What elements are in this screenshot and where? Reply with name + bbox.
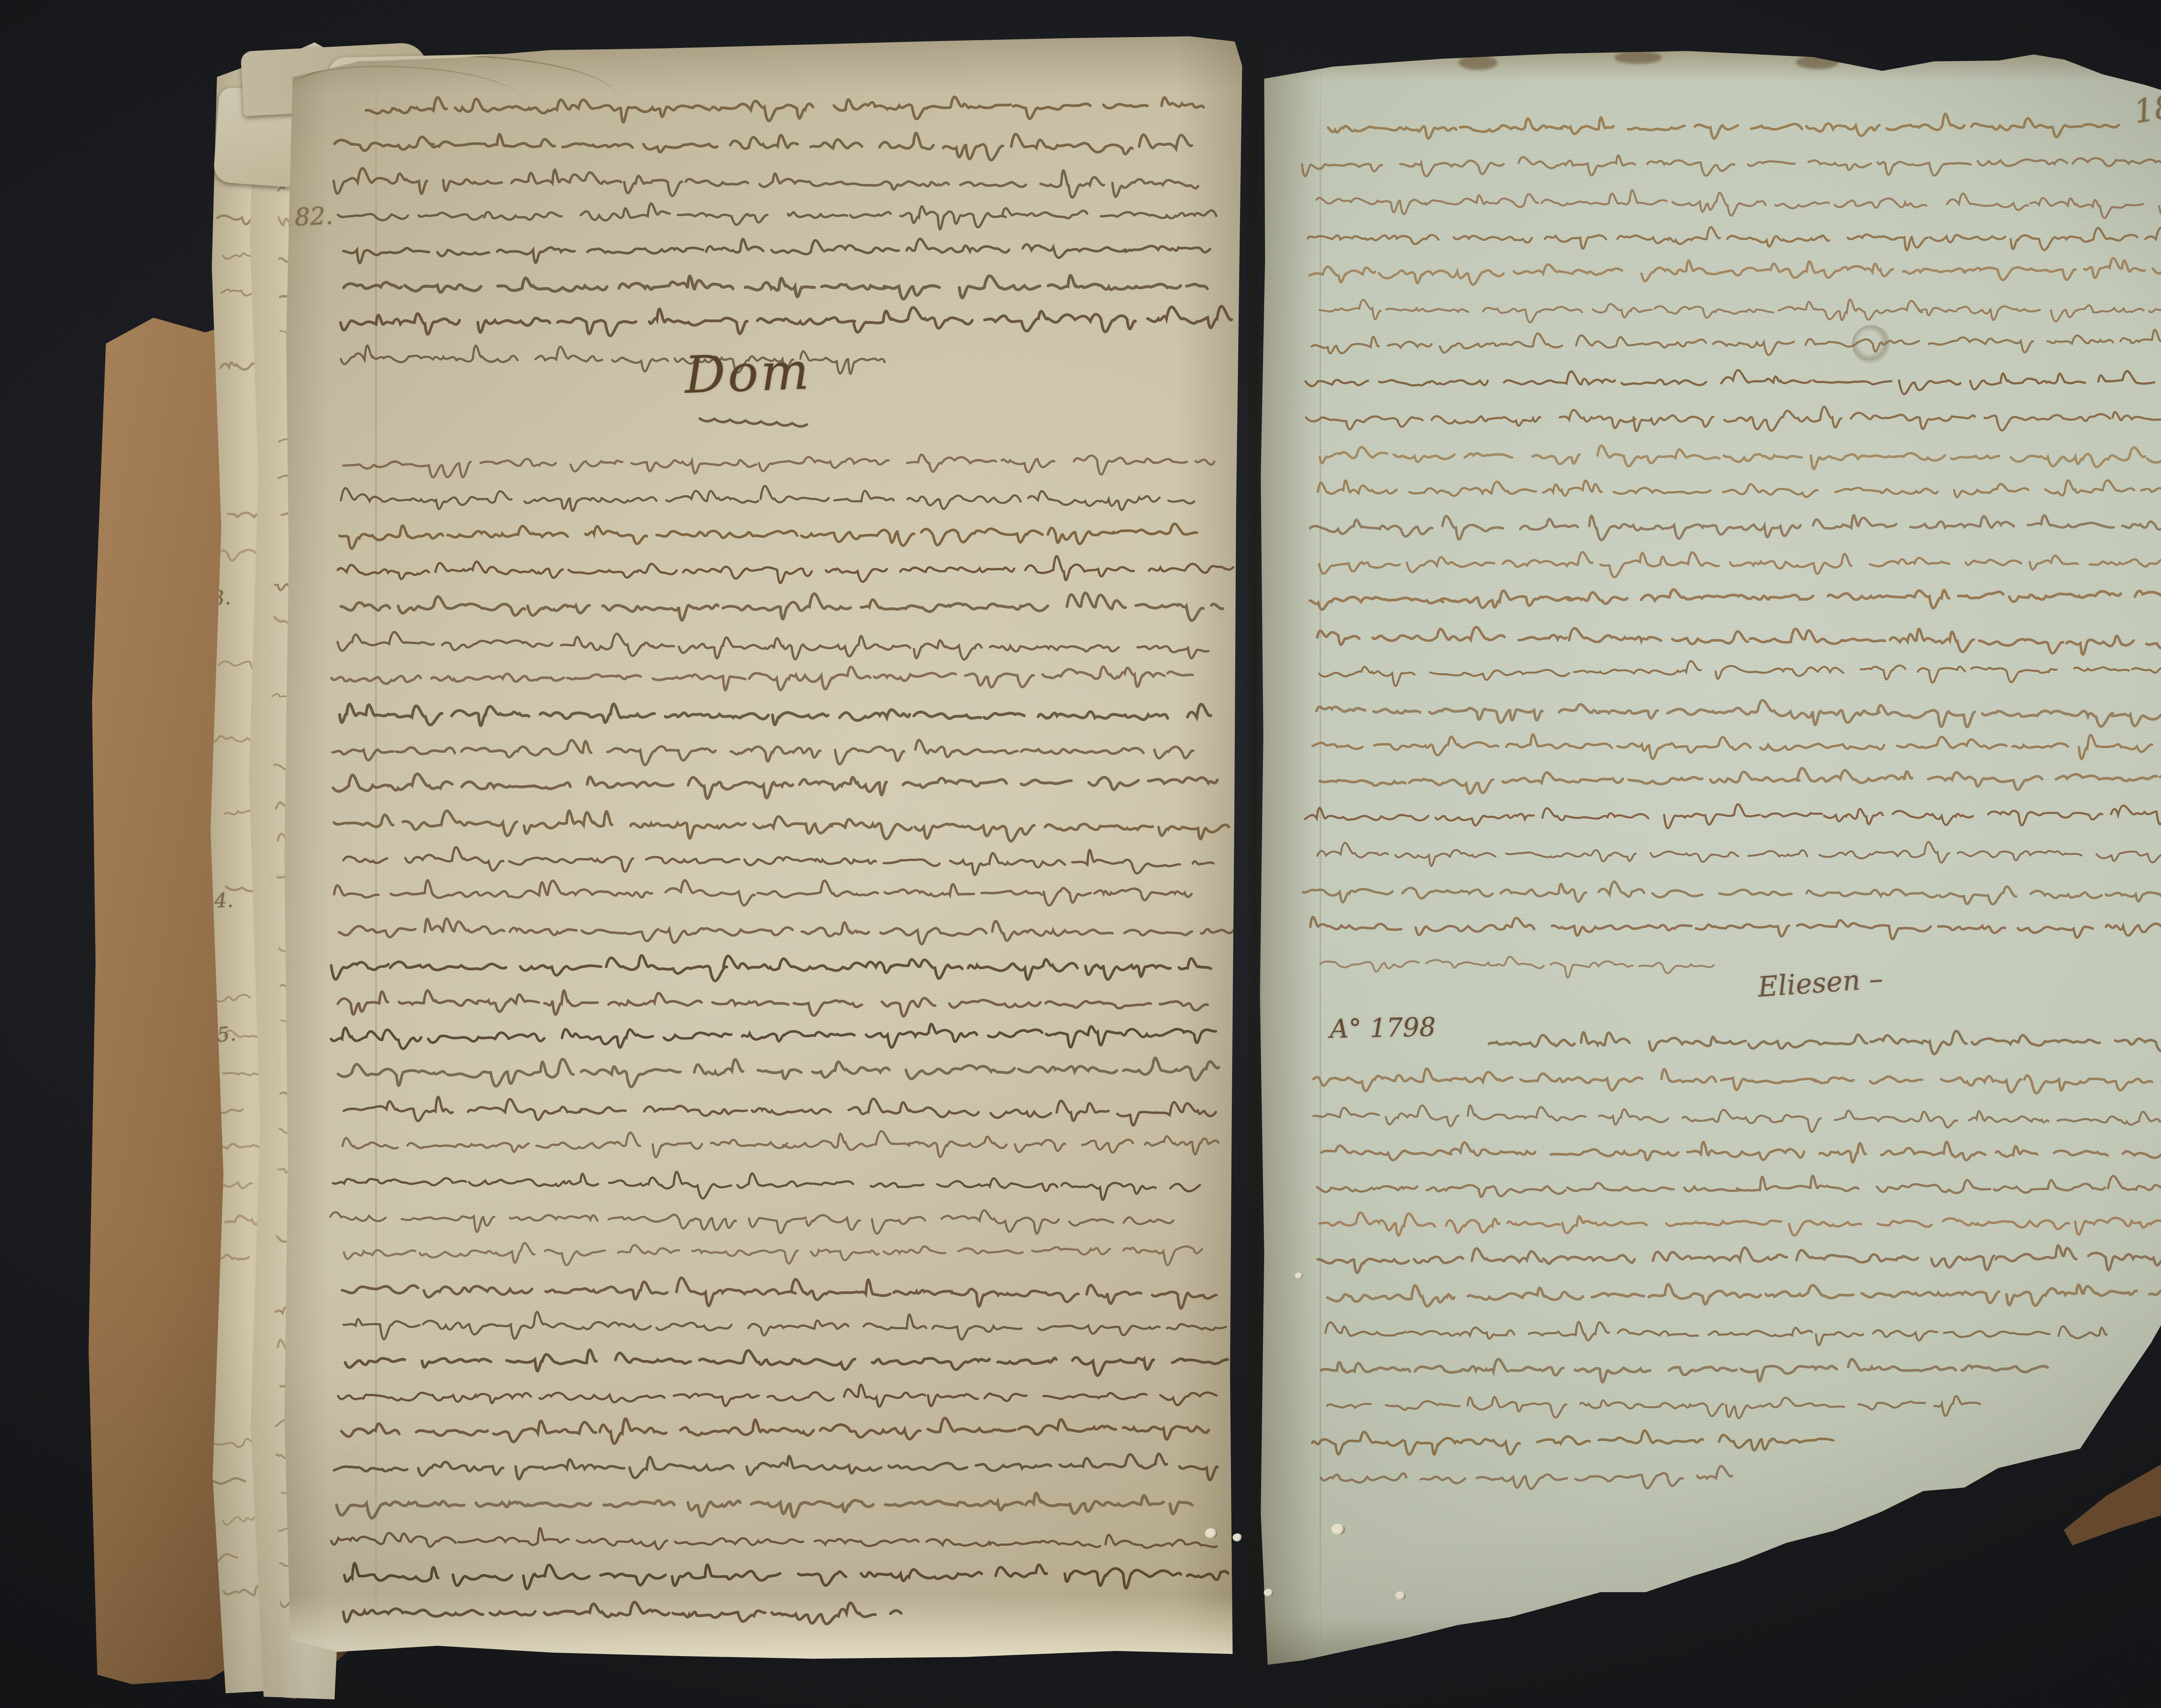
left-page: 182. Dom <box>273 35 1246 1660</box>
page-crease <box>375 35 377 1660</box>
worm-damage-top-edge <box>1796 55 1839 69</box>
worm-damage-top-edge <box>1614 51 1662 64</box>
handwriting-right-page <box>1256 44 1385 109</box>
signature-eliesen: Eliesen – <box>1757 963 1884 1004</box>
worm-hole <box>1205 1528 1217 1539</box>
right-page: 183 Eliesen – A° 1798 <box>1256 44 2161 1669</box>
stub-entry-number: 4. <box>214 888 234 912</box>
book-gutter-fold <box>1245 41 1262 1667</box>
manuscript-photo: 3. 4. 5. 182. Dom 183 Eliesen – A° 1798 <box>0 0 2161 1708</box>
page-number: 183 <box>2131 84 2161 131</box>
worm-hole <box>1331 1524 1345 1535</box>
worm-hole <box>1395 1591 1406 1600</box>
entry-date-1798: A° 1798 <box>1329 1012 1436 1044</box>
worm-hole <box>1233 1533 1242 1542</box>
worm-hole <box>1264 1589 1273 1596</box>
page-crease <box>1320 44 1321 1669</box>
section-heading-dom: Dom <box>684 341 812 405</box>
worm-damage-top-edge <box>1459 55 1498 70</box>
worm-hole <box>1295 1272 1303 1279</box>
